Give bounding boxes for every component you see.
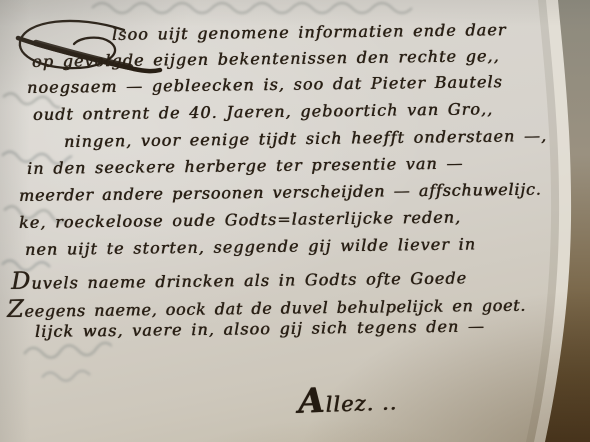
ink-bleedthrough [90, 0, 420, 14]
manuscript-line: ke, roeckeloose oude Godts=lasterlijcke … [19, 210, 461, 231]
ink-bleedthrough [22, 339, 113, 361]
manuscript-line: oudt ontrent de 40. Jaeren, geboortich v… [33, 101, 493, 123]
manuscript-line: op gevolgde eijgen bekentenissen den rec… [32, 48, 500, 70]
manuscript-line: Duvels naeme drincken als in Godts ofte … [11, 263, 467, 293]
manuscript-line: noegsaem — gebleecken is, soo dat Pieter… [27, 74, 503, 96]
manuscript-photo: lsoo uijt genomene informatien ende daer… [0, 0, 590, 442]
manuscript-line: meerder andere persoonen verscheijden — … [19, 182, 542, 204]
manuscript-line: in den seeckere herberge ter presentie v… [27, 156, 464, 177]
manuscript-line: ningen, voor eenige tijdt sich heefft on… [64, 128, 547, 150]
ink-bleedthrough [40, 366, 101, 383]
manuscript-line: nen uijt te storten, seggende gij wilde … [25, 236, 476, 258]
manuscript-line: lijck was, vaere in, alsoo gij sich tege… [35, 319, 485, 340]
manuscript-line: lsoo uijt genomene informatien ende daer [112, 22, 507, 43]
catchword-flourish: Allez. .. [297, 378, 397, 421]
